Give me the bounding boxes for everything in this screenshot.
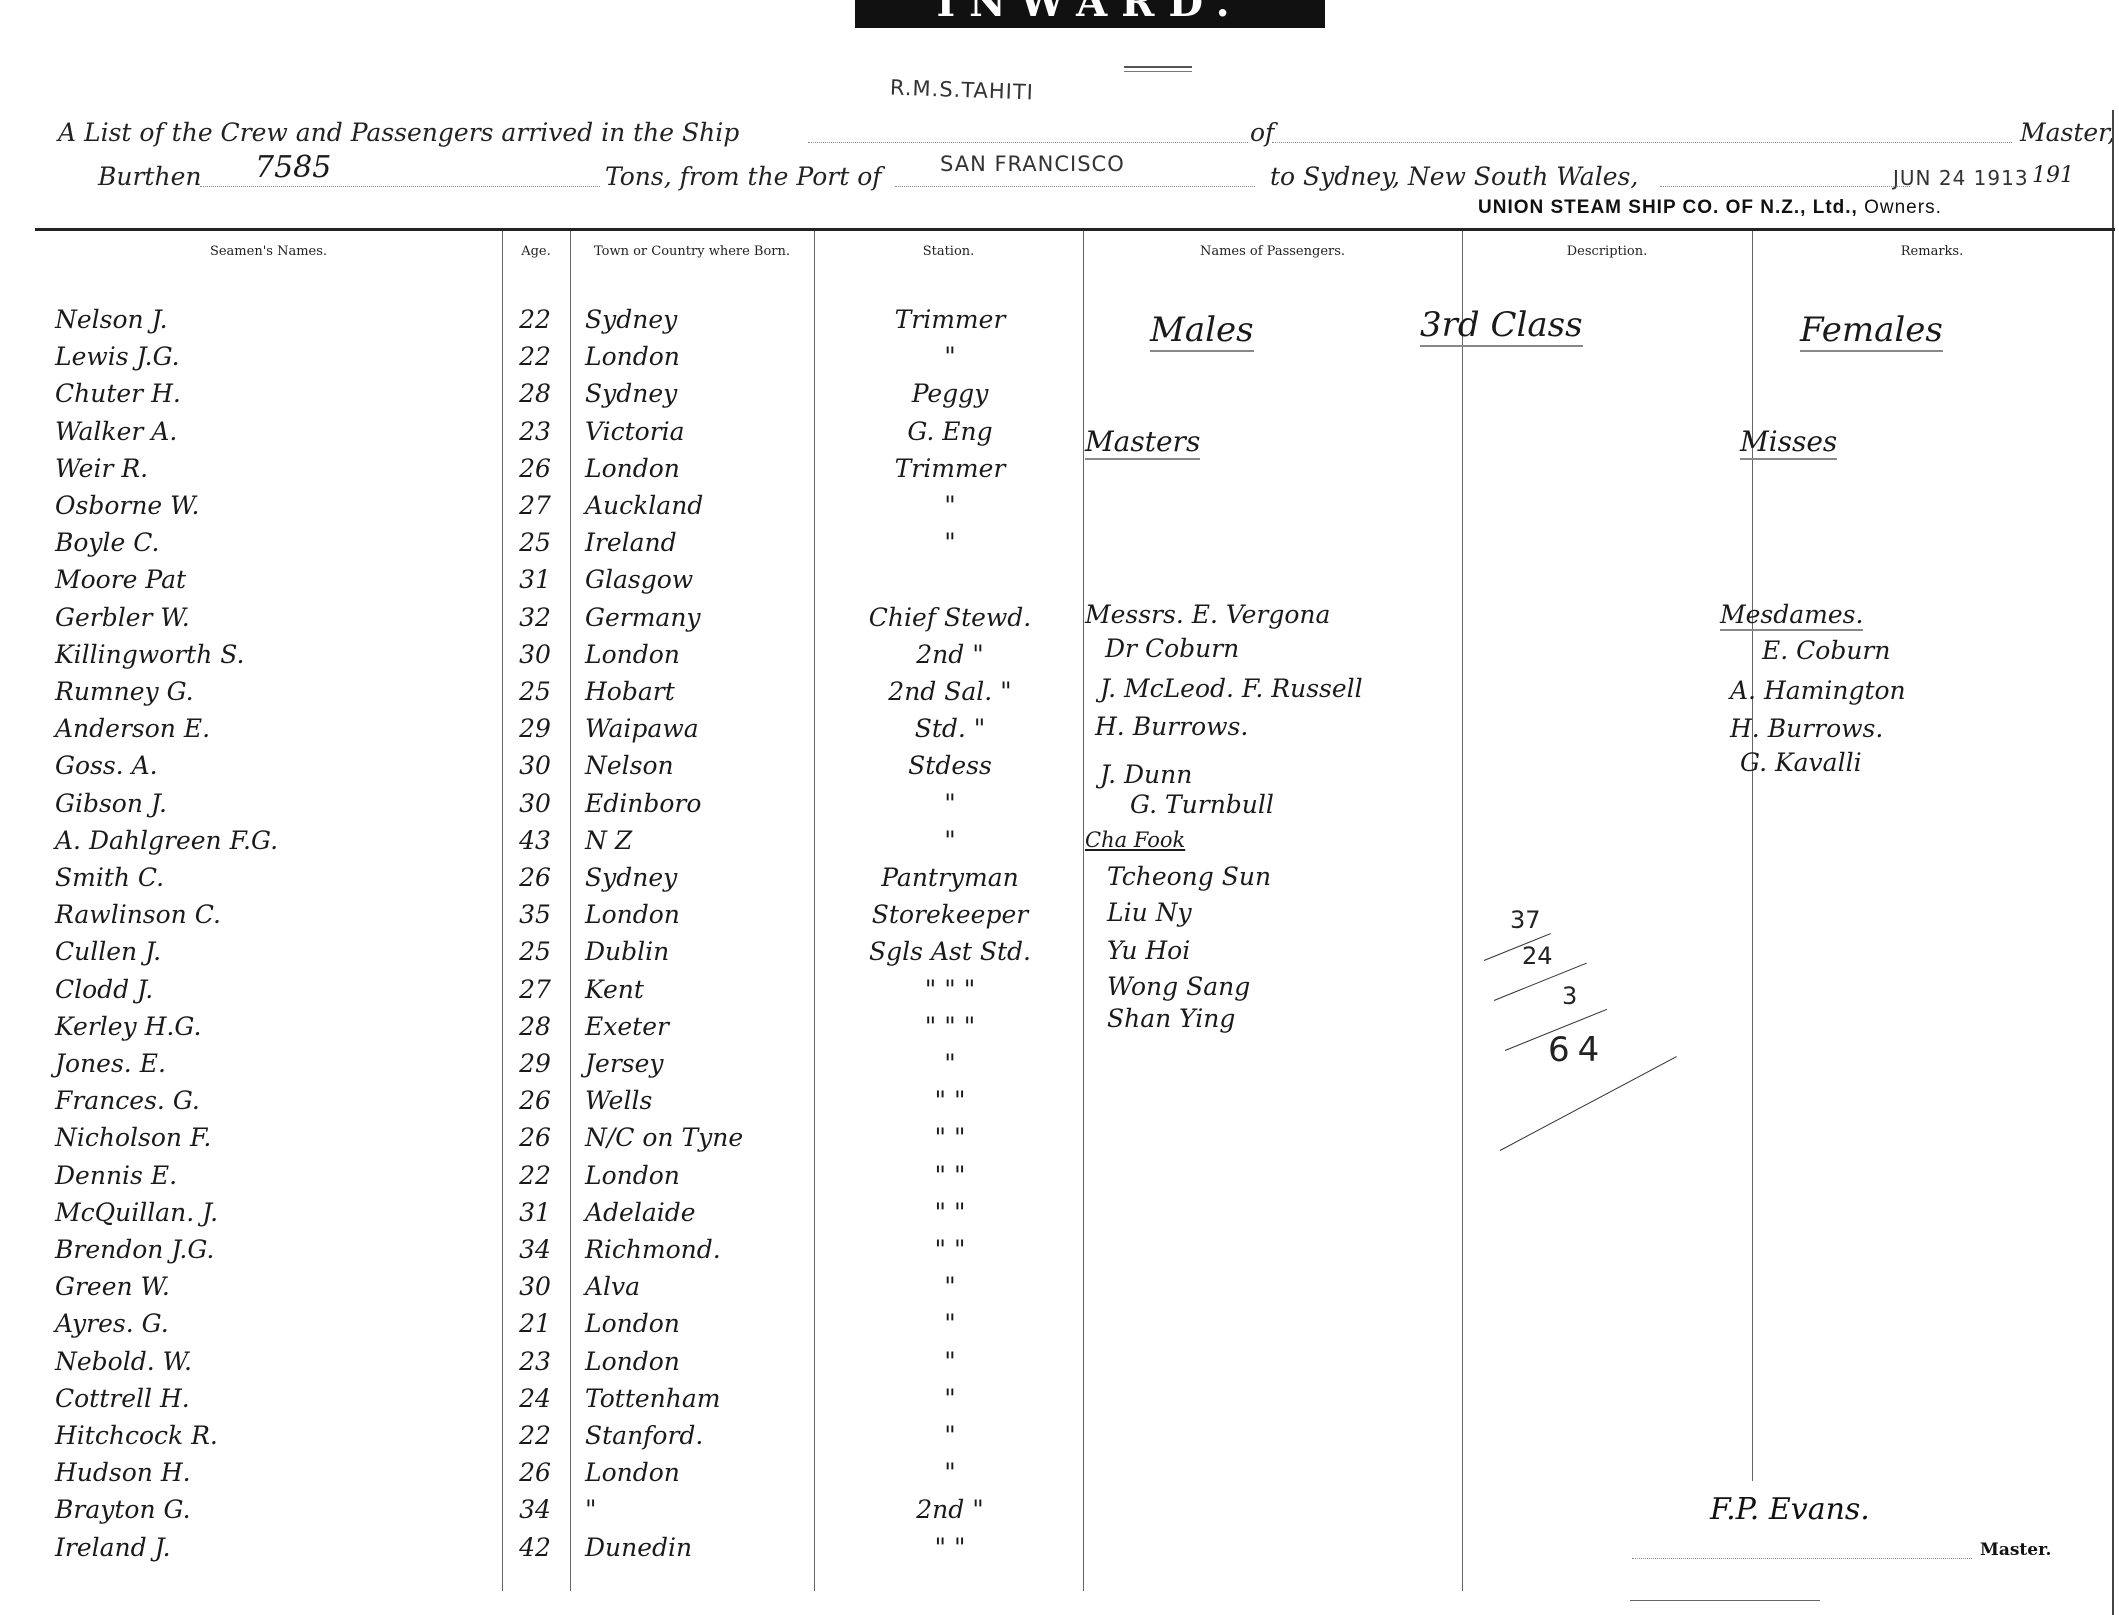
crew-age: 23 [510,1347,560,1376]
crew-birthplace: Stanford. [585,1421,815,1450]
crew-age: 22 [510,1161,560,1190]
crew-station: " [830,1384,1070,1413]
table-row: Hitchcock R.22Stanford." [0,1421,2119,1459]
table-row: A. Dahlgreen F.G.43N Z" [0,826,2119,864]
passenger-name: E. Coburn [1762,636,1890,665]
passenger-name: Yu Hoi [1107,936,1190,965]
crew-station: " " " [830,1012,1070,1041]
crew-station: Chief Stewd. [830,603,1070,632]
crew-birthplace: Hobart [585,677,815,706]
crew-birthplace: Dunedin [585,1533,815,1562]
crew-age: 30 [510,751,560,780]
crew-name: Rumney G. [55,677,495,706]
crew-station: " [830,1309,1070,1338]
crew-birthplace: Victoria [585,417,815,446]
crew-station: Peggy [830,379,1070,408]
misses-heading: Misses [1740,425,1837,460]
crew-age: 28 [510,379,560,408]
crew-name: Gibson J. [55,789,495,818]
crew-name: Brayton G. [55,1495,495,1524]
passenger-name: Tcheong Sun [1107,862,1271,891]
table-row: Cottrell H.24Tottenham" [0,1384,2119,1422]
table-row: Jones. E.29Jersey" [0,1049,2119,1087]
crew-station: Storekeeper [830,900,1070,929]
crew-name: Ayres. G. [55,1309,495,1338]
crew-age: 32 [510,603,560,632]
table-row: Gibson J.30Edinboro" [0,789,2119,827]
crew-station: " [830,491,1070,520]
crew-station: " [830,1458,1070,1487]
burthen-label: Burthen [98,162,201,191]
crew-station: " [830,826,1070,855]
crew-birthplace: Auckland [585,491,815,520]
passenger-name: G. Turnbull [1130,790,1274,819]
passenger-name: H. Burrows. [1095,712,1248,741]
table-row: Nebold. W.23London" [0,1347,2119,1385]
table-row: Dennis E.22London" " [0,1161,2119,1199]
crew-name: Hudson H. [55,1458,495,1487]
crew-age: 30 [510,1272,560,1301]
crew-name: A. Dahlgreen F.G. [55,826,495,855]
crew-age: 26 [510,1123,560,1152]
header-seamen-names: Seamen's Names. [35,244,502,259]
crew-age: 29 [510,714,560,743]
crew-name: Hitchcock R. [55,1421,495,1450]
crew-birthplace: Jersey [585,1049,815,1078]
passenger-name: H. Burrows. [1730,714,1883,743]
table-row: Rawlinson C.35LondonStorekeeper [0,900,2119,938]
crew-birthplace: N Z [585,826,815,855]
crew-station: 2nd Sal. " [830,677,1070,706]
tally-total: 64 [1548,1030,1607,1070]
header-station: Station. [814,244,1083,259]
crew-name: Walker A. [55,417,495,446]
crew-name: McQuillan. J. [55,1198,495,1227]
crew-name: Clodd J. [55,975,495,1004]
crew-name: Green W. [55,1272,495,1301]
crew-station: " " [830,1086,1070,1115]
crew-station: " [830,1347,1070,1376]
crew-station: " [830,342,1070,371]
arrival-date-stamp: JUN 24 1913 [1893,166,2029,190]
crew-station: " " [830,1123,1070,1152]
crew-name: Cullen J. [55,937,495,966]
crew-name: Kerley H.G. [55,1012,495,1041]
crew-age: 30 [510,640,560,669]
crew-name: Smith C. [55,863,495,892]
crew-birthplace: " [585,1495,815,1524]
crew-name: Jones. E. [55,1049,495,1078]
crew-birthplace: London [585,1347,815,1376]
table-row: Frances. G.26Wells" " [0,1086,2119,1124]
crew-age: 22 [510,1421,560,1450]
crew-name: Chuter H. [55,379,495,408]
crew-age: 26 [510,1458,560,1487]
females-heading: Females [1800,310,1943,352]
crew-station: " " [830,1198,1070,1227]
header-passengers: Names of Passengers. [1083,244,1462,259]
crew-name: Frances. G. [55,1086,495,1115]
crew-age: 34 [510,1235,560,1264]
passenger-name: J. Dunn [1100,760,1192,789]
crew-birthplace: London [585,640,815,669]
crew-station: Pantryman [830,863,1070,892]
crew-age: 42 [510,1533,560,1562]
crew-station: 2nd " [830,640,1070,669]
passenger-name: J. McLeod. F. Russell [1100,674,1363,703]
crew-birthplace: Germany [585,603,815,632]
table-row: Green W.30Alva" [0,1272,2119,1310]
crew-age: 29 [510,1049,560,1078]
crew-birthplace: Dublin [585,937,815,966]
crew-station: " " [830,1161,1070,1190]
crew-age: 31 [510,1198,560,1227]
crew-birthplace: Kent [585,975,815,1004]
males-heading: Males [1150,310,1254,352]
ship-name-stamp: R.M.S.TAHITI [890,75,1035,104]
master-name-blank [1272,142,2012,143]
crew-birthplace: London [585,1309,815,1338]
port-stamp: SAN FRANCISCO [940,152,1125,176]
owners-line: UNION STEAM SHIP CO. OF N.Z., Ltd., Owne… [1478,197,1942,219]
crew-age: 30 [510,789,560,818]
crew-name: Killingworth S. [55,640,495,669]
crew-age: 34 [510,1495,560,1524]
crew-birthplace: Sydney [585,379,815,408]
crew-age: 27 [510,975,560,1004]
passenger-name: A. Hamington [1730,676,1906,705]
crew-birthplace: N/C on Tyne [585,1123,815,1152]
crew-birthplace: London [585,1458,815,1487]
passenger-name: Cha Fook [1085,828,1185,852]
crew-name: Lewis J.G. [55,342,495,371]
crew-birthplace: London [585,342,815,371]
crew-name: Nelson J. [55,305,495,334]
passenger-name: Wong Sang [1107,972,1250,1001]
crew-birthplace: Waipawa [585,714,815,743]
burthen-blank [200,186,600,187]
crew-station: Std. " [830,714,1070,743]
crew-birthplace: Tottenham [585,1384,815,1413]
crew-station: Trimmer [830,305,1070,334]
crew-name: Osborne W. [55,491,495,520]
crew-birthplace: Glasgow [585,565,815,594]
table-row: Nicholson F.26N/C on Tyne" " [0,1123,2119,1161]
crew-station: " [830,1049,1070,1078]
title-rule [1124,66,1192,72]
header-age: Age. [502,244,570,259]
crew-age: 26 [510,1086,560,1115]
table-row: Chuter H.28SydneyPeggy [0,379,2119,417]
crew-birthplace: Ireland [585,528,815,557]
crew-station: " " [830,1533,1070,1562]
crew-birthplace: Adelaide [585,1198,815,1227]
crew-name: Rawlinson C. [55,900,495,929]
tally-value: 24 [1522,942,1553,970]
table-row: Hudson H.26London" [0,1458,2119,1496]
crew-age: 23 [510,417,560,446]
crew-age: 28 [510,1012,560,1041]
crew-age: 26 [510,863,560,892]
crew-age: 22 [510,305,560,334]
crew-station: " " [830,1235,1070,1264]
table-row: Moore Pat31Glasgow [0,565,2119,603]
master-signature: F.P. Evans. [1710,1492,1870,1527]
crew-name: Nebold. W. [55,1347,495,1376]
crew-station: Stdess [830,751,1070,780]
passenger-name: Messrs. E. Vergona [1085,600,1330,629]
footer-rule [1630,1600,1820,1601]
crew-birthplace: London [585,1161,815,1190]
crew-name: Moore Pat [55,565,495,594]
table-row: Cullen J.25DublinSgls Ast Std. [0,937,2119,975]
crew-age: 31 [510,565,560,594]
crew-birthplace: Sydney [585,863,815,892]
crew-name: Anderson E. [55,714,495,743]
crew-age: 25 [510,528,560,557]
crew-name: Goss. A. [55,751,495,780]
crew-name: Dennis E. [55,1161,495,1190]
class-heading: 3rd Class [1420,305,1583,347]
burthen-value: 7585 [255,150,331,185]
destination-text: to Sydney, New South Wales, [1270,162,1638,191]
crew-name: Weir R. [55,454,495,483]
tons-from-port-label: Tons, from the Port of [605,162,882,191]
table-row: Osborne W.27Auckland" [0,491,2119,529]
crew-age: 25 [510,677,560,706]
table-row: Ireland J.42Dunedin" " [0,1533,2119,1571]
crew-station: " [830,1421,1070,1450]
passenger-name: Dr Coburn [1105,634,1239,663]
header-born: Town or Country where Born. [570,244,814,259]
crew-name: Cottrell H. [55,1384,495,1413]
tally-value: 3 [1562,982,1577,1010]
crew-birthplace: Nelson [585,751,815,780]
crew-birthplace: London [585,454,815,483]
crew-birthplace: Edinboro [585,789,815,818]
crew-birthplace: Exeter [585,1012,815,1041]
crew-birthplace: Richmond. [585,1235,815,1264]
owners-suffix: Owners. [1864,197,1942,218]
crew-name: Nicholson F. [55,1123,495,1152]
crew-birthplace: Sydney [585,305,815,334]
table-row: Kerley H.G.28Exeter" " " [0,1012,2119,1050]
passenger-name: Liu Ny [1107,898,1192,927]
crew-age: 27 [510,491,560,520]
table-row: McQuillan. J.31Adelaide" " [0,1198,2119,1236]
crew-age: 22 [510,342,560,371]
crew-station: 2nd " [830,1495,1070,1524]
crew-age: 26 [510,454,560,483]
header-remarks: Remarks. [1752,244,2112,259]
year-suffix: 191 [2032,163,2074,188]
crew-age: 35 [510,900,560,929]
crew-age: 25 [510,937,560,966]
table-top-rule [35,228,2115,231]
port-blank [895,186,1255,187]
crew-birthplace: London [585,900,815,929]
crew-name: Gerbler W. [55,603,495,632]
crew-station: Sgls Ast Std. [830,937,1070,966]
crew-birthplace: Wells [585,1086,815,1115]
table-row: Ayres. G.21London" [0,1309,2119,1347]
masters-heading: Masters [1085,425,1200,460]
passenger-name: G. Kavalli [1740,748,1862,777]
passenger-name: Mesdames. [1720,600,1863,631]
crew-age: 24 [510,1384,560,1413]
signature-line [1632,1558,1972,1559]
owner-company: UNION STEAM SHIP CO. OF N.Z., Ltd., [1478,197,1858,218]
crew-station: " [830,528,1070,557]
of-label: of [1250,118,1274,147]
crew-birthplace: Alva [585,1272,815,1301]
crew-age: 21 [510,1309,560,1338]
crew-station: " " " [830,975,1070,1004]
document-banner-title: INWARD. [855,0,1325,28]
ship-name-blank [808,142,1248,143]
table-row: Clodd J.27Kent" " " [0,975,2119,1013]
crew-name: Ireland J. [55,1533,495,1562]
master-signature-label: Master. [1980,1540,2051,1560]
crew-station: Trimmer [830,454,1070,483]
passenger-name: Shan Ying [1107,1004,1235,1033]
date-blank [1660,186,1910,187]
crew-name: Boyle C. [55,528,495,557]
table-row: Boyle C.25Ireland" [0,528,2119,566]
crew-station: " [830,1272,1070,1301]
crew-station: G. Eng [830,417,1070,446]
tally-value: 37 [1510,906,1541,934]
list-intro-text: A List of the Crew and Passengers arrive… [58,118,739,147]
master-label: Master, [2020,118,2115,147]
crew-age: 43 [510,826,560,855]
crew-name: Brendon J.G. [55,1235,495,1264]
crew-station: " [830,789,1070,818]
table-row: Brendon J.G.34Richmond." " [0,1235,2119,1273]
header-description: Description. [1462,244,1752,259]
table-row: Smith C.26SydneyPantryman [0,863,2119,901]
